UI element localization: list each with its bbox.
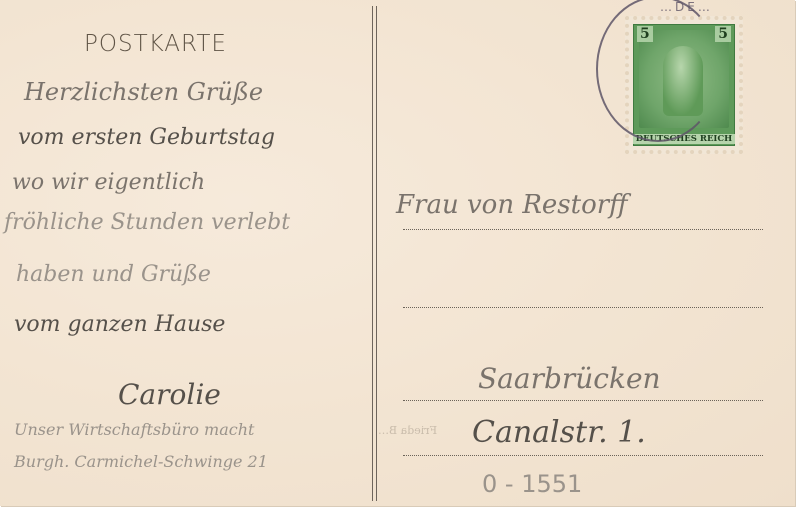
address-dotted-line bbox=[403, 229, 763, 230]
signature: Carolie bbox=[118, 378, 221, 411]
address-dotted-line bbox=[403, 307, 763, 308]
message-line: vom ganzen Hause bbox=[14, 312, 225, 337]
postcard-title: POSTKARTE bbox=[84, 31, 227, 57]
message-line: Burgh. Carmichel-Schwinge 21 bbox=[14, 452, 268, 471]
message-line: vom ersten Geburtstag bbox=[18, 125, 275, 150]
message-line: fröhliche Stunden verlebt bbox=[4, 210, 290, 235]
message-line: Unser Wirtschaftsbüro macht bbox=[14, 420, 254, 439]
postcard: POSTKARTE Herzlichsten Grüße vom ersten … bbox=[0, 0, 795, 506]
faint-printed-text: Frieda B… bbox=[378, 424, 437, 437]
postmark-text: …DE… bbox=[660, 0, 713, 14]
address-dotted-line bbox=[403, 400, 763, 401]
address-line: Saarbrücken bbox=[478, 362, 661, 395]
message-line: Herzlichsten Grüße bbox=[24, 78, 263, 106]
postmark-circle bbox=[596, 0, 720, 142]
center-divider bbox=[372, 6, 377, 501]
catalog-number: 0 - 1551 bbox=[482, 470, 582, 498]
address-dotted-line bbox=[403, 455, 763, 456]
message-line: wo wir eigentlich bbox=[12, 170, 205, 195]
stamp-value-right: 5 bbox=[715, 26, 731, 42]
message-line: haben und Grüße bbox=[16, 262, 211, 287]
address-line: Canalstr. 1. bbox=[472, 415, 646, 450]
address-line: Frau von Restorff bbox=[396, 190, 628, 220]
